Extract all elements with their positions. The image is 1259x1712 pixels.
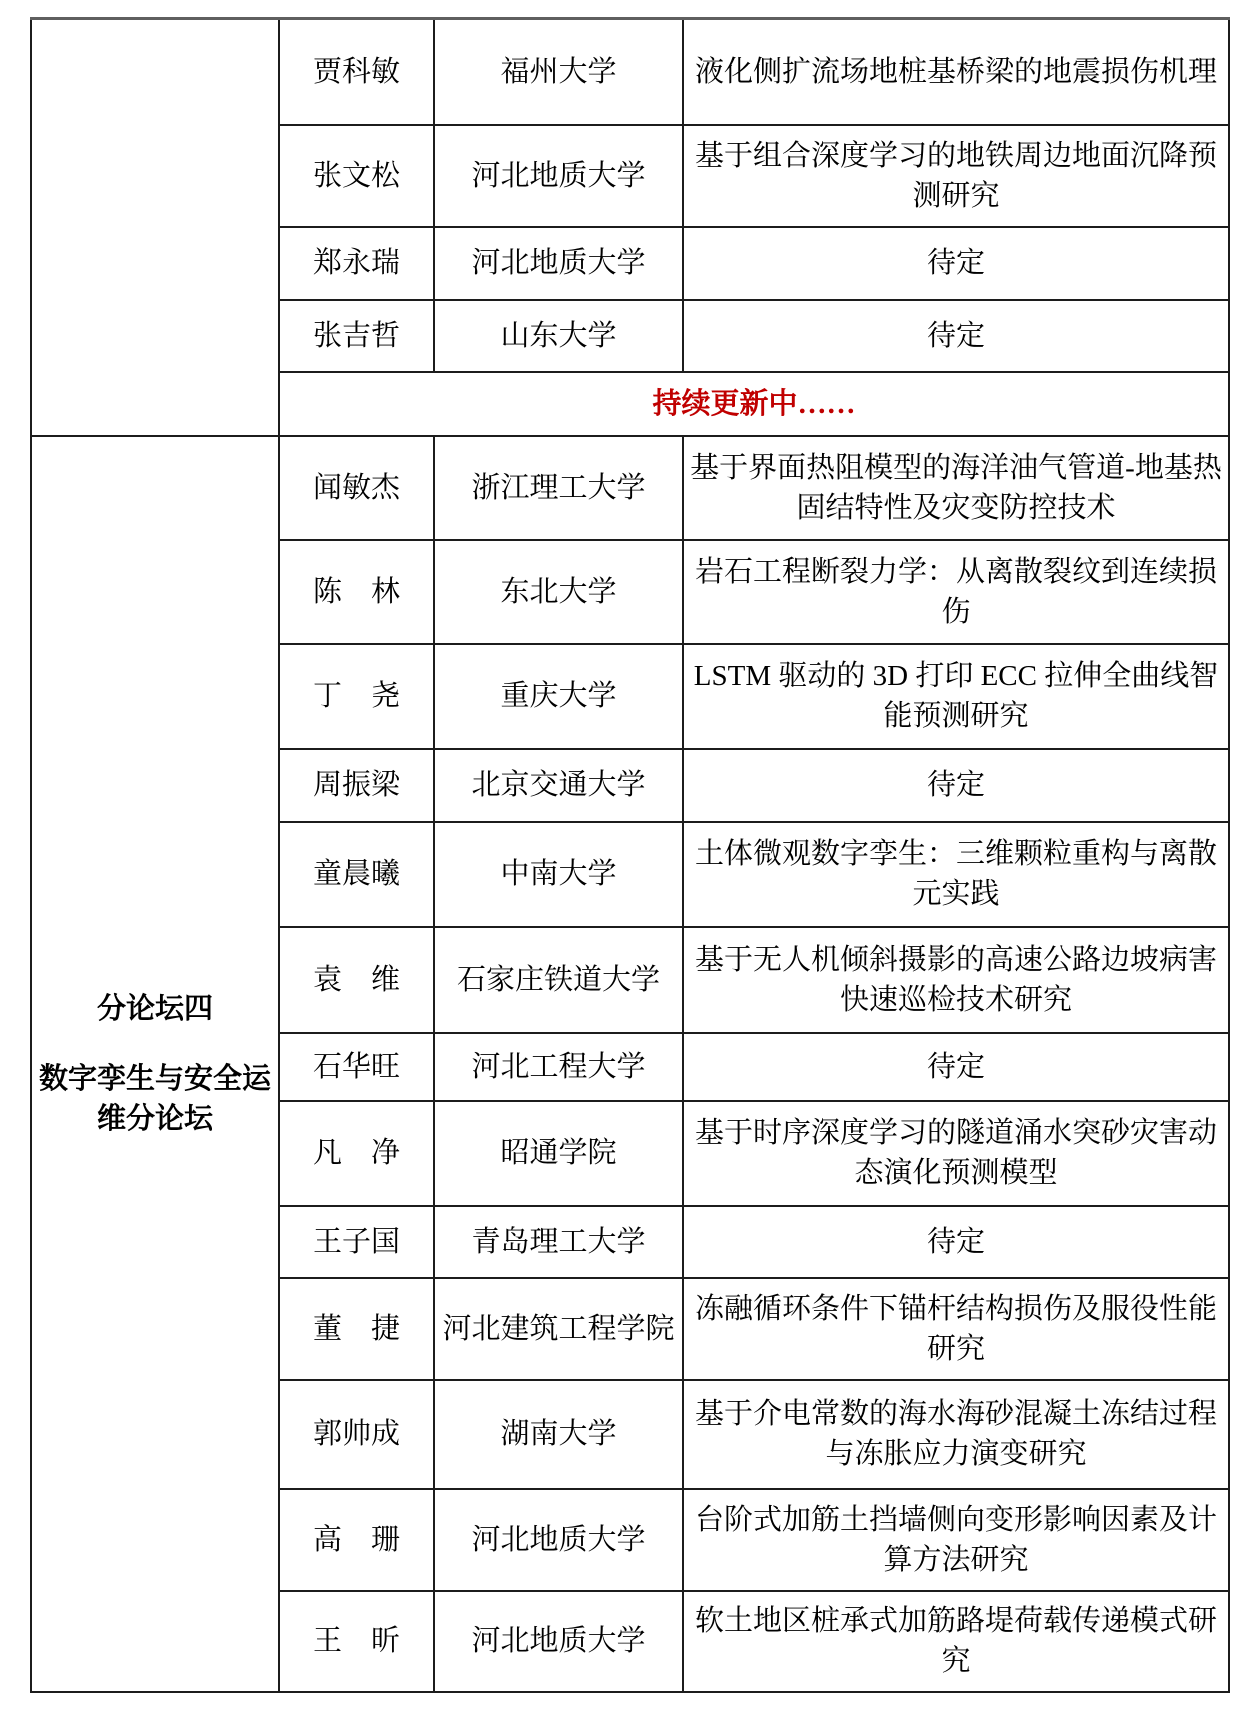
affiliation-cell: 河北建筑工程学院 [434, 1278, 683, 1380]
affiliation-cell: 重庆大学 [434, 644, 683, 749]
presenter-name-cell: 袁 维 [279, 927, 434, 1033]
presenter-name-cell: 丁 尧 [279, 644, 434, 749]
forum-title-label: 数字孪生与安全运维分论坛 [32, 1059, 278, 1139]
presenter-name-cell: 闻敏杰 [279, 436, 434, 540]
talk-title-cell: 冻融循环条件下锚杆结构损伤及服役性能研究 [683, 1278, 1229, 1380]
affiliation-cell: 河北工程大学 [434, 1033, 683, 1101]
table-row: 贾科敏 福州大学 液化侧扩流场地桩基桥梁的地震损伤机理 [31, 19, 1229, 125]
affiliation-cell: 石家庄铁道大学 [434, 927, 683, 1033]
affiliation-cell: 河北地质大学 [434, 1591, 683, 1692]
talk-title-cell: 基于无人机倾斜摄影的高速公路边坡病害快速巡检技术研究 [683, 927, 1229, 1033]
session-table: 贾科敏 福州大学 液化侧扩流场地桩基桥梁的地震损伤机理 张文松 河北地质大学 基… [30, 17, 1230, 1693]
presenter-name-cell: 童晨曦 [279, 822, 434, 927]
talk-title-cell: 待定 [683, 1206, 1229, 1278]
affiliation-cell: 湖南大学 [434, 1380, 683, 1489]
presenter-name-cell: 王 昕 [279, 1591, 434, 1692]
talk-title-cell: 基于组合深度学习的地铁周边地面沉降预测研究 [683, 125, 1229, 227]
affiliation-cell: 北京交通大学 [434, 749, 683, 822]
table-row: 分论坛四 数字孪生与安全运维分论坛 闻敏杰 浙江理工大学 基于界面热阻模型的海洋… [31, 436, 1229, 540]
affiliation-cell: 河北地质大学 [434, 1489, 683, 1591]
talk-title-cell: 待定 [683, 300, 1229, 372]
forum-number-label: 分论坛四 [32, 989, 278, 1029]
presenter-name-cell: 石华旺 [279, 1033, 434, 1101]
update-note-cell: 持续更新中…… [279, 372, 1229, 436]
presenter-name-cell: 凡 净 [279, 1101, 434, 1206]
talk-title-cell: 基于介电常数的海水海砂混凝土冻结过程与冻胀应力演变研究 [683, 1380, 1229, 1489]
forum-label-cell [31, 19, 279, 436]
presenter-name-cell: 贾科敏 [279, 19, 434, 125]
affiliation-cell: 昭通学院 [434, 1101, 683, 1206]
affiliation-cell: 河北地质大学 [434, 125, 683, 227]
affiliation-cell: 东北大学 [434, 540, 683, 644]
talk-title-cell: 基于界面热阻模型的海洋油气管道-地基热固结特性及灾变防控技术 [683, 436, 1229, 540]
talk-title-cell: 液化侧扩流场地桩基桥梁的地震损伤机理 [683, 19, 1229, 125]
affiliation-cell: 浙江理工大学 [434, 436, 683, 540]
forum-label-cell: 分论坛四 数字孪生与安全运维分论坛 [31, 436, 279, 1692]
presenter-name-cell: 张文松 [279, 125, 434, 227]
talk-title-cell: 台阶式加筋土挡墙侧向变形影响因素及计算方法研究 [683, 1489, 1229, 1591]
affiliation-cell: 中南大学 [434, 822, 683, 927]
talk-title-cell: 岩石工程断裂力学：从离散裂纹到连续损伤 [683, 540, 1229, 644]
presenter-name-cell: 郑永瑞 [279, 227, 434, 300]
presenter-name-cell: 高 珊 [279, 1489, 434, 1591]
presenter-name-cell: 郭帅成 [279, 1380, 434, 1489]
presenter-name-cell: 王子国 [279, 1206, 434, 1278]
talk-title-cell: 待定 [683, 749, 1229, 822]
talk-title-cell: 待定 [683, 227, 1229, 300]
affiliation-cell: 福州大学 [434, 19, 683, 125]
talk-title-cell: 土体微观数字孪生：三维颗粒重构与离散元实践 [683, 822, 1229, 927]
talk-title-cell: 软土地区桩承式加筋路堤荷载传递模式研究 [683, 1591, 1229, 1692]
talk-title-cell: 基于时序深度学习的隧道涌水突砂灾害动态演化预测模型 [683, 1101, 1229, 1206]
affiliation-cell: 山东大学 [434, 300, 683, 372]
presenter-name-cell: 张吉哲 [279, 300, 434, 372]
affiliation-cell: 青岛理工大学 [434, 1206, 683, 1278]
talk-title-cell: 待定 [683, 1033, 1229, 1101]
presenter-name-cell: 董 捷 [279, 1278, 434, 1380]
talk-title-cell: LSTM 驱动的 3D 打印 ECC 拉伸全曲线智能预测研究 [683, 644, 1229, 749]
presenter-name-cell: 周振梁 [279, 749, 434, 822]
affiliation-cell: 河北地质大学 [434, 227, 683, 300]
presenter-name-cell: 陈 林 [279, 540, 434, 644]
